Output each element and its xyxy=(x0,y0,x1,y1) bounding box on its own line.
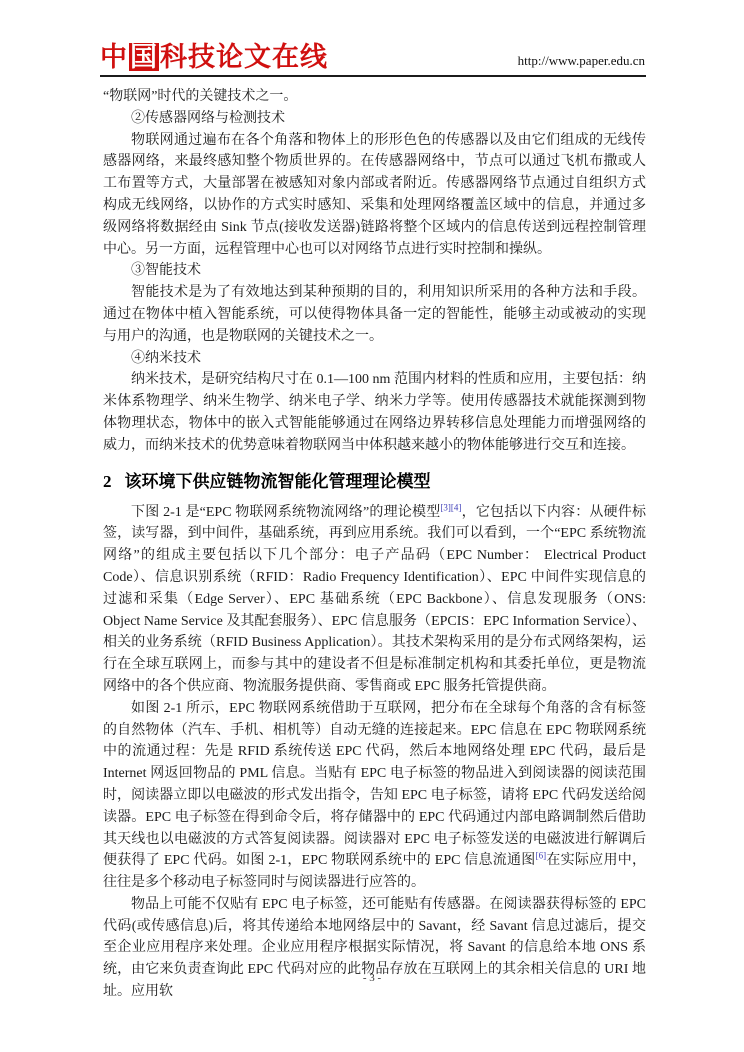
paper-page: 中国科技论文在线 http://www.paper.edu.cn “物联网”时代… xyxy=(0,0,744,1052)
section-heading: 2该环境下供应链物流智能化管理理论模型 xyxy=(103,469,646,495)
paragraph: 下图 2-1 是“EPC 物联网系统物流网络”的理论模型[3][4]，它包括以下… xyxy=(103,502,646,698)
logo-text-guo: 国 xyxy=(129,43,159,71)
site-url[interactable]: http://www.paper.edu.cn xyxy=(518,53,645,72)
citation-ref[interactable]: [6] xyxy=(536,851,547,861)
paragraph: ④纳米技术 xyxy=(103,348,646,370)
section-number: 2 xyxy=(103,472,112,491)
paragraph: ③智能技术 xyxy=(103,260,646,282)
paragraph: 纳米技术，是研究结构尺寸在 0.1—100 nm 范围内材料的性质和应用，主要包… xyxy=(103,369,646,456)
header-rule xyxy=(100,75,646,77)
site-logo: 中国科技论文在线 xyxy=(100,42,328,72)
logo-text-rest: 科技论文在线 xyxy=(160,42,328,72)
section-title: 该环境下供应链物流智能化管理理论模型 xyxy=(125,472,431,491)
page-number: - 3 - xyxy=(363,972,381,984)
logo-text-zhong: 中 xyxy=(100,42,128,72)
paragraph: 物品上可能不仅贴有 EPC 电子标签，还可能贴有传感器。在阅读器获得标签的 EP… xyxy=(103,894,646,1003)
paragraph: 如图 2-1 所示，EPC 物联网系统借助于互联网，把分布在全球每个角落的含有标… xyxy=(103,698,646,894)
paragraph: 物联网通过遍布在各个角落和物体上的形形色色的传感器以及由它们组成的无线传感器网络… xyxy=(103,130,646,261)
paper-body: “物联网”时代的关键技术之一。②传感器网络与检测技术物联网通过遍布在各个角落和物… xyxy=(103,86,646,1003)
paragraph: 智能技术是为了有效地达到某种预期的目的，利用知识所采用的各种方法和手段。通过在物… xyxy=(103,282,646,347)
page-footer: - 3 - xyxy=(0,972,744,984)
paragraph: “物联网”时代的关键技术之一。 xyxy=(103,86,646,108)
paragraph: ②传感器网络与检测技术 xyxy=(103,108,646,130)
citation-ref[interactable]: [3][4] xyxy=(440,502,461,512)
page-header: 中国科技论文在线 http://www.paper.edu.cn xyxy=(0,0,744,72)
